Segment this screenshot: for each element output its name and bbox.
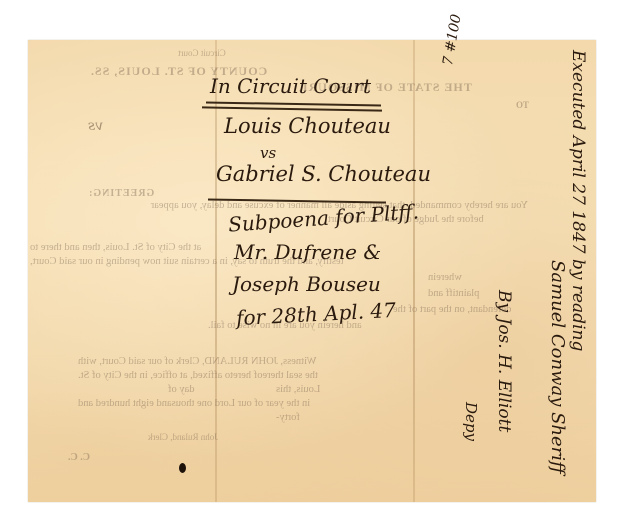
printed-to: TO	[516, 100, 529, 110]
printed-body-line: wherein	[428, 272, 462, 283]
witness-2: Joseph Bouseu	[232, 272, 381, 296]
printed-witness-line: Louis, this	[276, 384, 320, 395]
return-date: for 28th Apl. 47	[235, 298, 396, 330]
witness-1: Mr. Dufrene &	[234, 240, 381, 264]
printed-greeting: GREETING:	[88, 188, 154, 199]
deputy-signature: By Jos. H. Elliott	[494, 290, 514, 432]
plaintiff-name: Louis Chouteau	[224, 114, 391, 138]
return-docket-note: Executed April 27 1847 by reading	[568, 50, 588, 351]
defendant-name: Gabriel S. Chouteau	[216, 162, 431, 186]
printed-clerk-sign: John Ruland, Clerk	[148, 432, 218, 442]
underline-2	[202, 106, 382, 111]
fee-note: 7 #100	[440, 13, 465, 67]
printed-witness-line: day of	[168, 384, 195, 395]
fold-line-right	[413, 40, 415, 502]
printed-witness-line: in the year of our Lord one thousand eig…	[78, 398, 310, 409]
versus-label: vs	[260, 144, 276, 162]
court-name: In Circuit Court	[210, 74, 371, 98]
printed-witness-line: the seal thereof hereto affixed, at offi…	[78, 370, 318, 381]
underline-1	[206, 101, 381, 106]
sheriff-signature: Samuel Conway Sheriff	[547, 260, 568, 474]
printed-witness-line: forty-	[276, 412, 300, 423]
printed-body-line: at the City of St. Louis, then and there…	[30, 242, 201, 253]
document-paper: Circuit Court COUNTY OF ST. LOUIS, SS. T…	[28, 40, 596, 502]
printed-witness-line: Witness, JOHN RULAND, Clerk of our said …	[78, 356, 316, 367]
printed-body-line: plaintiff and	[428, 288, 479, 299]
ink-blot	[179, 463, 186, 473]
bleed-handwriting-to: vs	[88, 118, 103, 134]
deputy-title: Depy	[462, 402, 480, 441]
printed-header-above: Circuit Court	[178, 48, 226, 58]
printed-footer: C. C.	[68, 452, 90, 463]
